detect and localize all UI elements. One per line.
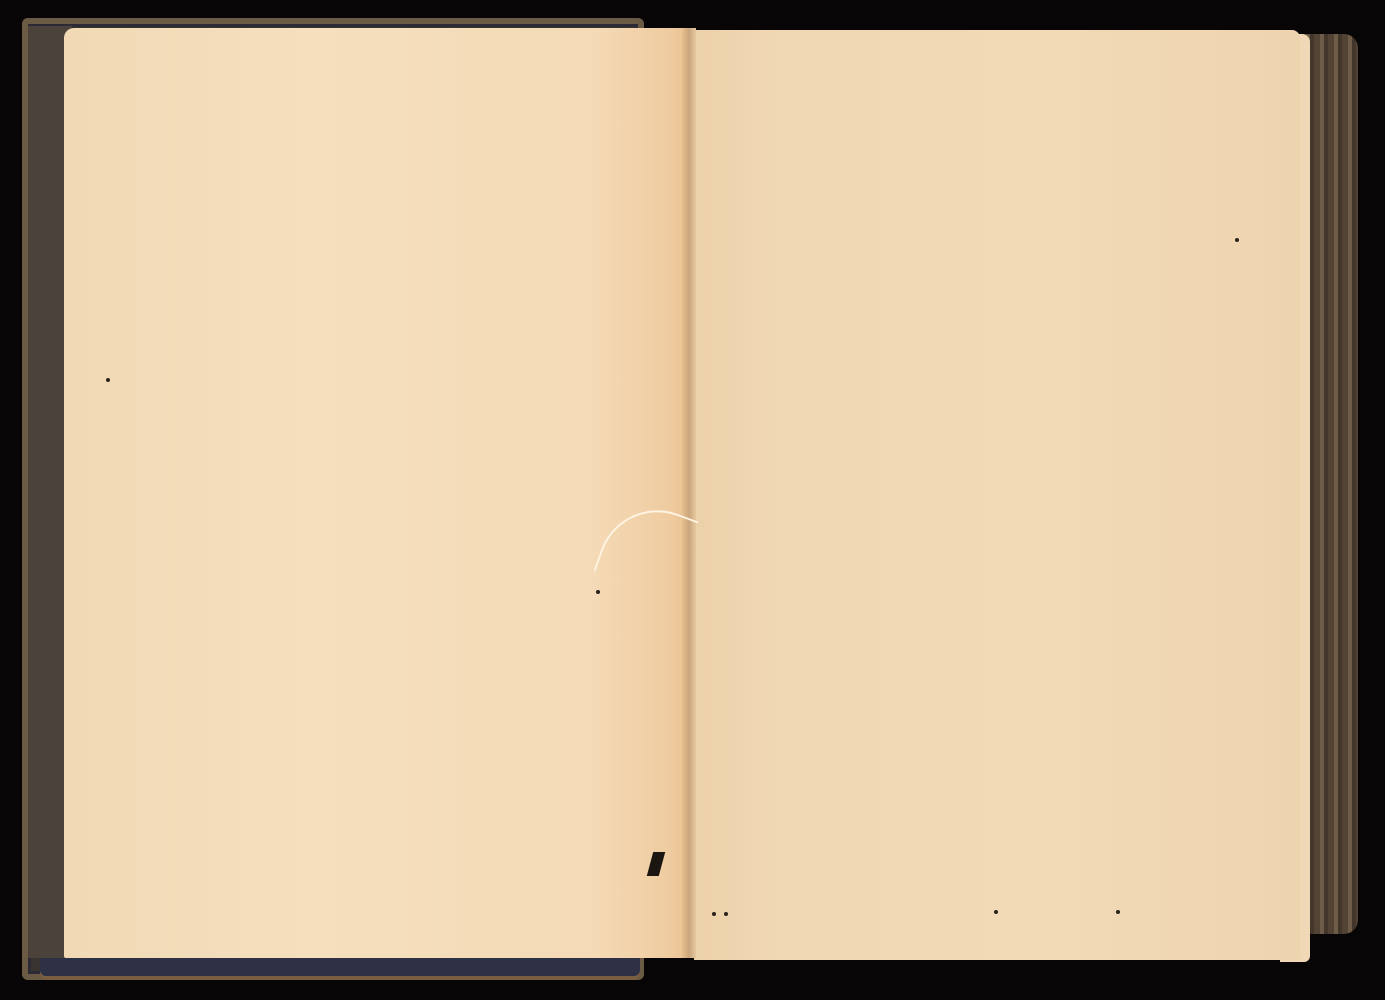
foxing-spot (1116, 910, 1120, 914)
right-page (694, 30, 1300, 960)
cover-bottom-edge (40, 958, 640, 980)
foxing-spot (1235, 238, 1239, 242)
left-page (64, 28, 688, 958)
book-gutter (682, 28, 696, 958)
foxing-spot (596, 590, 600, 594)
foxing-spot (724, 912, 728, 916)
foxing-spot (994, 910, 998, 914)
foxing-spot (712, 912, 716, 916)
foxing-spot (106, 378, 110, 382)
